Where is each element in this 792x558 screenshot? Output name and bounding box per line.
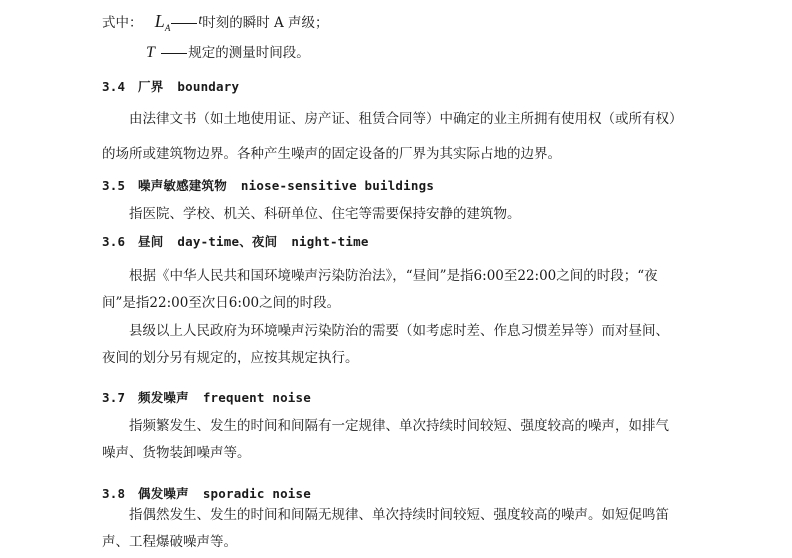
symbol-L: L	[155, 11, 165, 31]
section-number: 3.8	[102, 485, 138, 503]
em-dash	[171, 23, 197, 24]
paragraph-line: 由法律文书（如土地使用证、房产证、租赁合同等）中确定的业主所拥有使用权（或所有权…	[129, 110, 683, 128]
paragraph-line: 声、工程爆破噪声等。	[102, 533, 237, 551]
legend-description-LA: 时刻的瞬时 A 声级；	[202, 15, 328, 31]
paragraph-line: 根据《中华人民共和国环境噪声污染防治法》，“昼间”是指6:00至22:00之间的…	[129, 267, 658, 285]
paragraph-line: 指频繁发生、发生的时间和间隔有一定规律、单次持续时间较短、强度较高的噪声，如排气	[129, 417, 669, 435]
paragraph-line: 噪声、货物装卸噪声等。	[102, 444, 251, 462]
section-title-separator: 、	[239, 234, 252, 249]
section-title-zh: 噪声敏感建筑物	[138, 178, 227, 193]
section-number: 3.5	[102, 177, 138, 195]
section-heading-3-7: 3.7频发噪声frequent noise	[102, 389, 311, 407]
section-title-zh-2: 夜间	[252, 234, 277, 249]
symbol-T: T	[146, 44, 155, 61]
section-title-en: niose-sensitive buildings	[241, 178, 434, 193]
paragraph-line: 间”是指22:00至次日6:00之间的时段。	[102, 294, 340, 312]
formula-legend-prefix: 式中：	[102, 15, 143, 31]
paragraph-line: 指偶然发生、发生的时间和间隔无规律、单次持续时间较短、强度较高的噪声。如短促鸣笛	[129, 506, 669, 524]
section-number: 3.6	[102, 233, 138, 251]
symbol-t: t	[198, 13, 202, 28]
section-title-zh: 厂界	[138, 79, 163, 94]
section-title-zh: 频发噪声	[138, 390, 189, 405]
section-title-zh: 偶发噪声	[138, 486, 189, 501]
paragraph-line: 县级以上人民政府为环境噪声污染防治的需要（如考虑时差、作息习惯差异等）而对昼间、	[129, 322, 669, 340]
section-heading-3-4: 3.4厂界boundary	[102, 78, 239, 96]
section-title-en-2: night-time	[291, 234, 368, 249]
section-heading-3-8: 3.8偶发噪声sporadic noise	[102, 485, 311, 503]
paragraph-line: 夜间的划分另有规定的，应按其规定执行。	[102, 349, 359, 367]
section-title-en: sporadic noise	[203, 486, 311, 501]
legend-description-T: 规定的测量时间段。	[188, 45, 310, 61]
section-heading-3-6: 3.6昼间day-time、夜间night-time	[102, 233, 369, 251]
section-heading-3-5: 3.5噪声敏感建筑物niose-sensitive buildings	[102, 177, 434, 195]
formula-legend-line-1: 式中： LAt时刻的瞬时 A 声级；	[102, 8, 329, 34]
symbol-subscript-A: A	[165, 23, 171, 33]
section-title-en: boundary	[177, 79, 239, 94]
section-title-en: frequent noise	[203, 390, 311, 405]
formula-legend-line-2: T 规定的测量时间段。	[146, 42, 310, 64]
em-dash	[161, 53, 187, 54]
section-number: 3.4	[102, 78, 138, 96]
paragraph-line: 指医院、学校、机关、科研单位、住宅等需要保持安静的建筑物。	[129, 205, 521, 223]
section-number: 3.7	[102, 389, 138, 407]
section-title-zh: 昼间	[138, 234, 163, 249]
paragraph-line: 的场所或建筑物边界。各种产生噪声的固定设备的厂界为其实际占地的边界。	[102, 145, 561, 163]
section-title-en: day-time	[177, 234, 239, 249]
